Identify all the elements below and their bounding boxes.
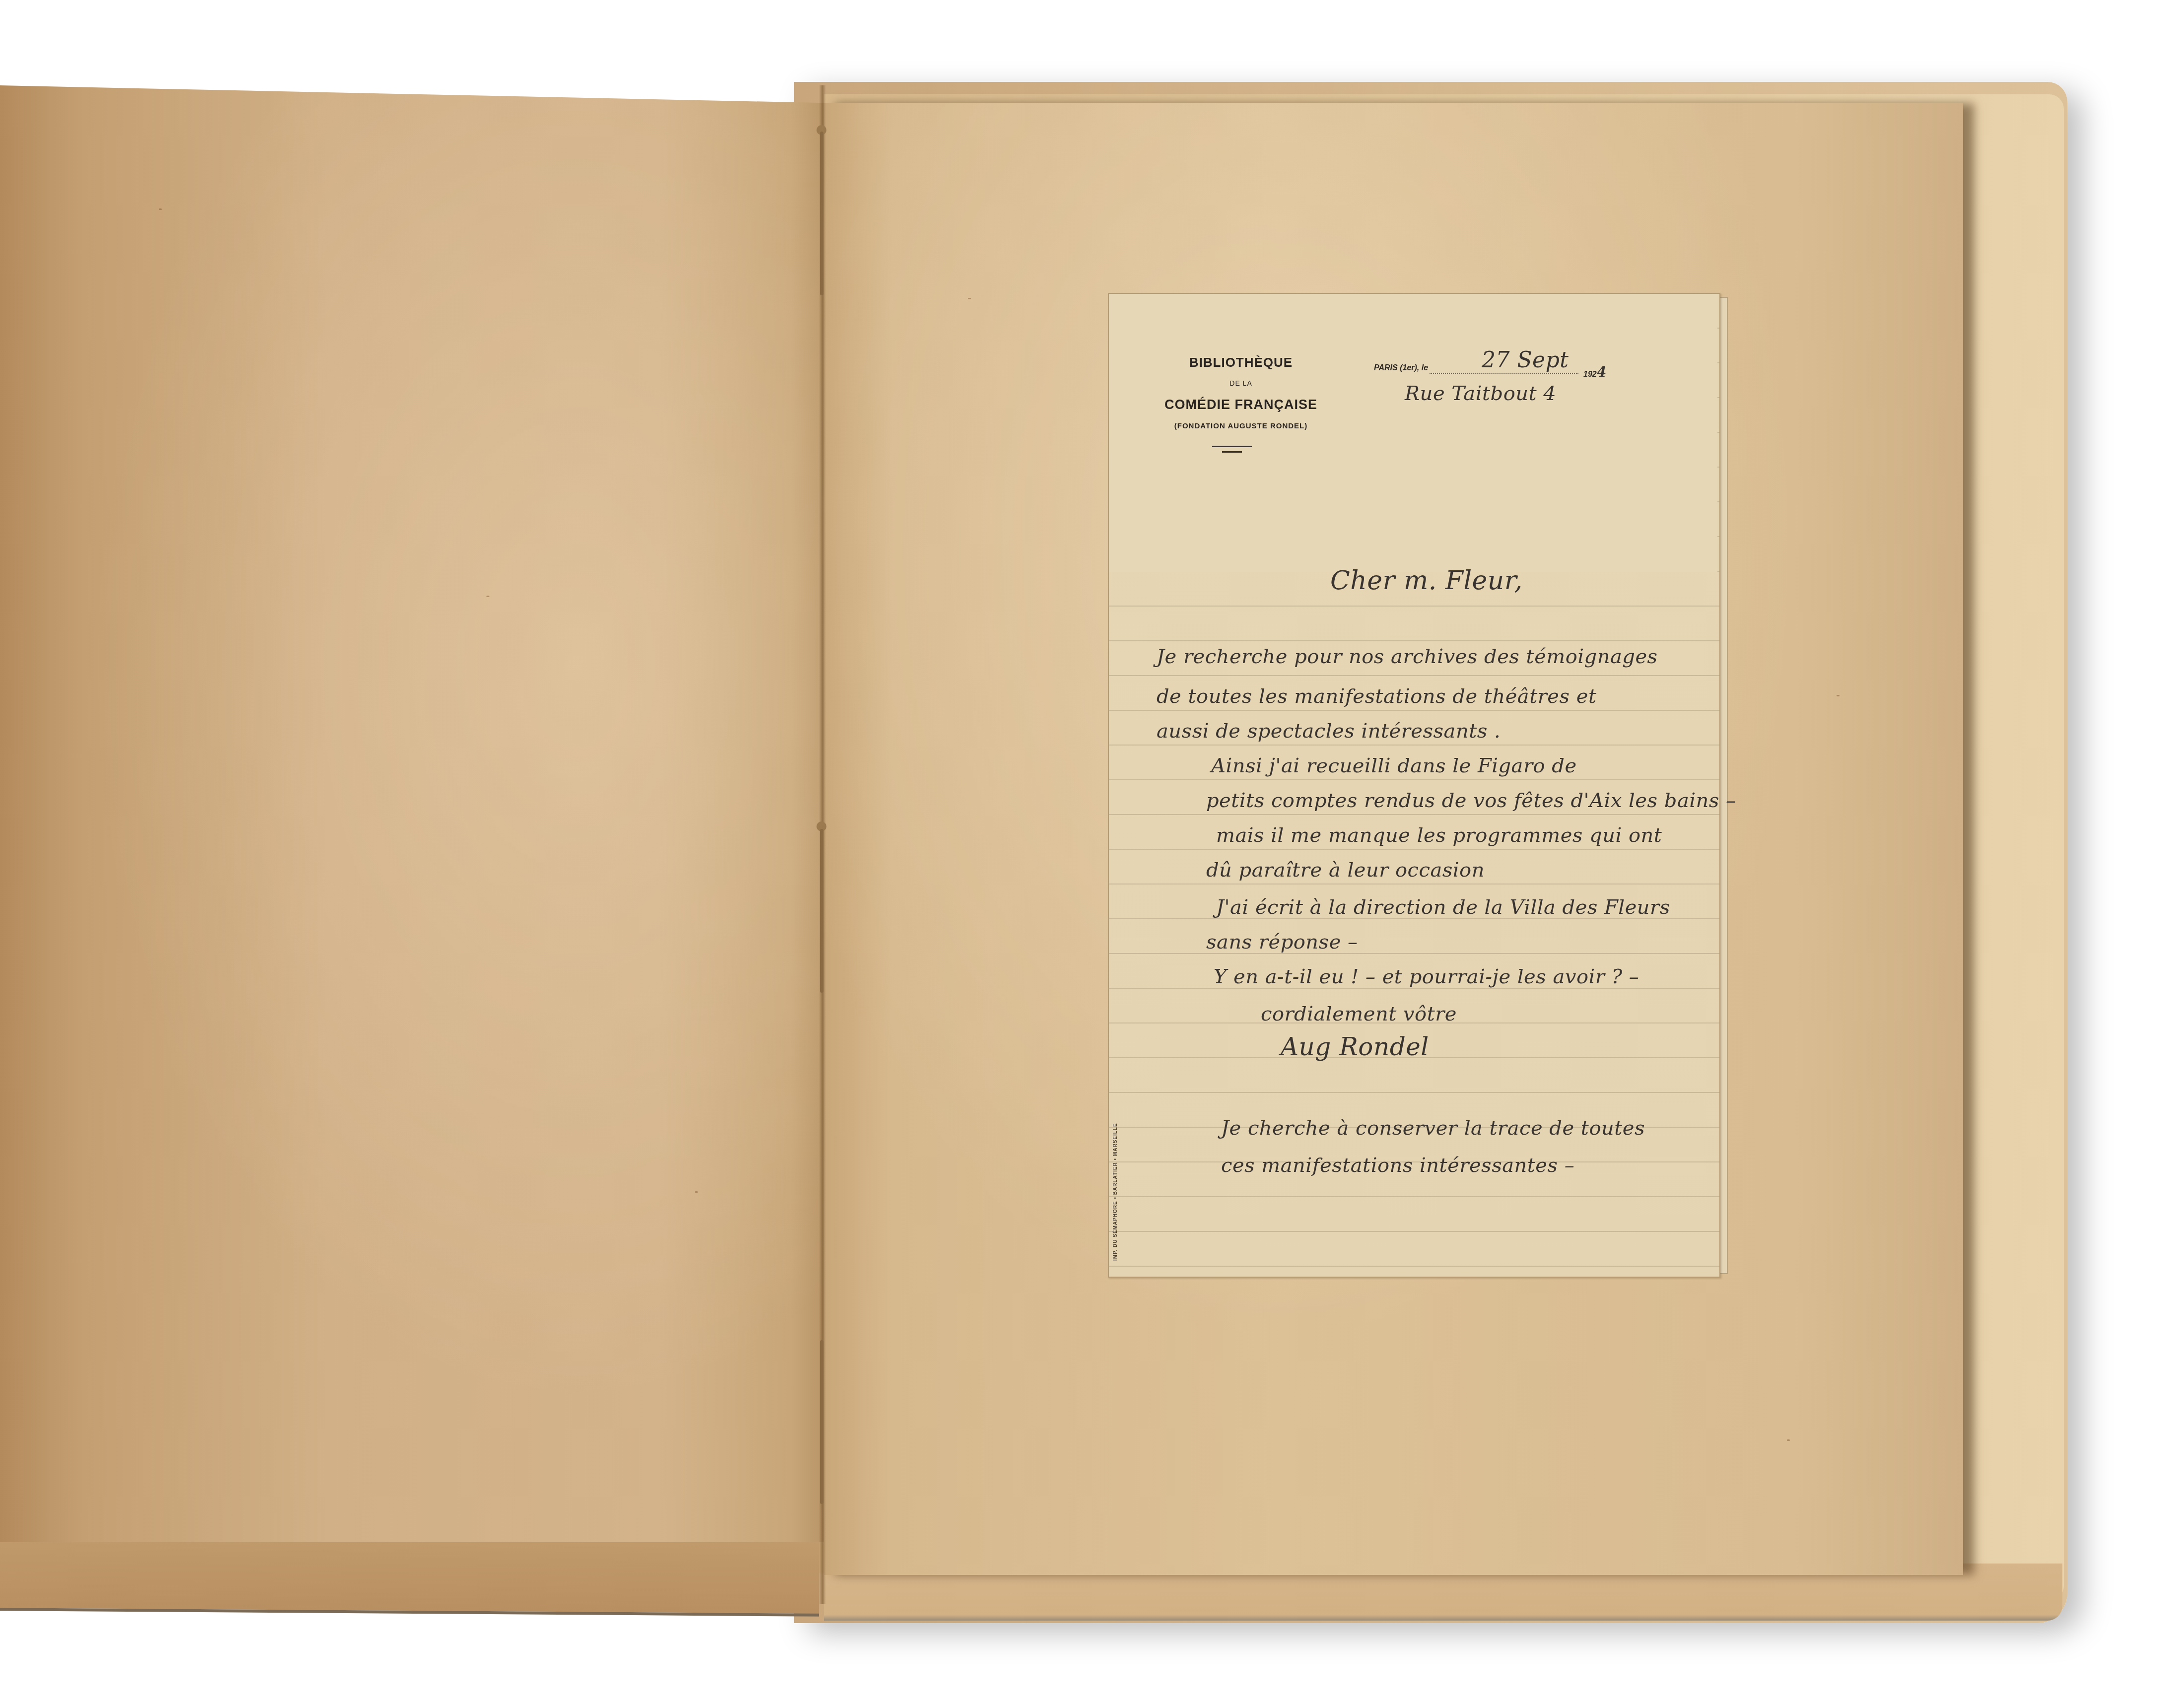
- letter-body-line: Ainsi j'ai recueilli dans le Figaro de: [1211, 754, 1577, 777]
- letterhead-rule-short: [1222, 451, 1242, 453]
- letter-body-line: J'ai écrit à la direction de la Villa de…: [1216, 896, 1670, 919]
- letter-body-line: Y en a-t-il eu ! – et pourrai-je les avo…: [1214, 965, 1639, 988]
- dateline-year: 1924: [1583, 364, 1607, 380]
- letterhead-rule: [1212, 446, 1252, 447]
- letterhead-fondation: (FONDATION AUGUSTE RONDEL): [1137, 422, 1345, 430]
- binding-stitch: [820, 132, 823, 295]
- binding-stitch: [820, 829, 823, 993]
- letterhead-area: [1109, 294, 1717, 572]
- letter-body-line: de toutes les manifestations de théâtres…: [1157, 685, 1597, 708]
- dateline-year-handwritten: 4: [1597, 364, 1607, 380]
- letter-body-line: mais il me manque les programmes qui ont: [1216, 824, 1662, 847]
- letter-body-line: petits comptes rendus de vos fêtes d'Aix…: [1206, 789, 1736, 812]
- letter-body-line: dû paraître à leur occasion: [1206, 859, 1485, 882]
- letter-body-line: sans réponse –: [1206, 931, 1358, 953]
- letter-body-line: Je recherche pour nos archives des témoi…: [1157, 645, 1658, 668]
- printer-imprint: IMP. DU SÉMAPHORE • BARLATIER • MARSEILL…: [1113, 1123, 1118, 1261]
- album-front-cover: [0, 1533, 819, 1617]
- handwritten-address: Rue Taitbout 4: [1405, 382, 1556, 405]
- binding-stitch: [820, 1340, 823, 1504]
- letter-body-line: aussi de spectacles intéressants .: [1157, 720, 1501, 743]
- letter-postscript-line: Je cherche à conserver la trace de toute…: [1221, 1117, 1645, 1140]
- letterhead-bibliotheque: BIBLIOTHÈQUE: [1157, 355, 1325, 370]
- letter-closing: cordialement vôtre: [1261, 1003, 1457, 1025]
- handwritten-date: 27 Sept: [1482, 347, 1569, 373]
- letter-salutation: Cher m. Fleur,: [1330, 566, 1522, 596]
- letter-postscript-line: ces manifestations intéressantes –: [1221, 1154, 1574, 1177]
- left-page-blank: [0, 85, 824, 1542]
- letterhead-de-la: DE LA: [1157, 379, 1325, 387]
- letterhead-comedie-francaise: COMÉDIE FRANÇAISE: [1137, 397, 1345, 412]
- dateline-dotted-rule: [1430, 373, 1578, 374]
- letter-signature: Aug Rondel: [1281, 1032, 1429, 1061]
- dateline-year-printed: 192: [1583, 370, 1597, 379]
- dateline-printed-prefix: PARIS (1er), le: [1374, 364, 1428, 373]
